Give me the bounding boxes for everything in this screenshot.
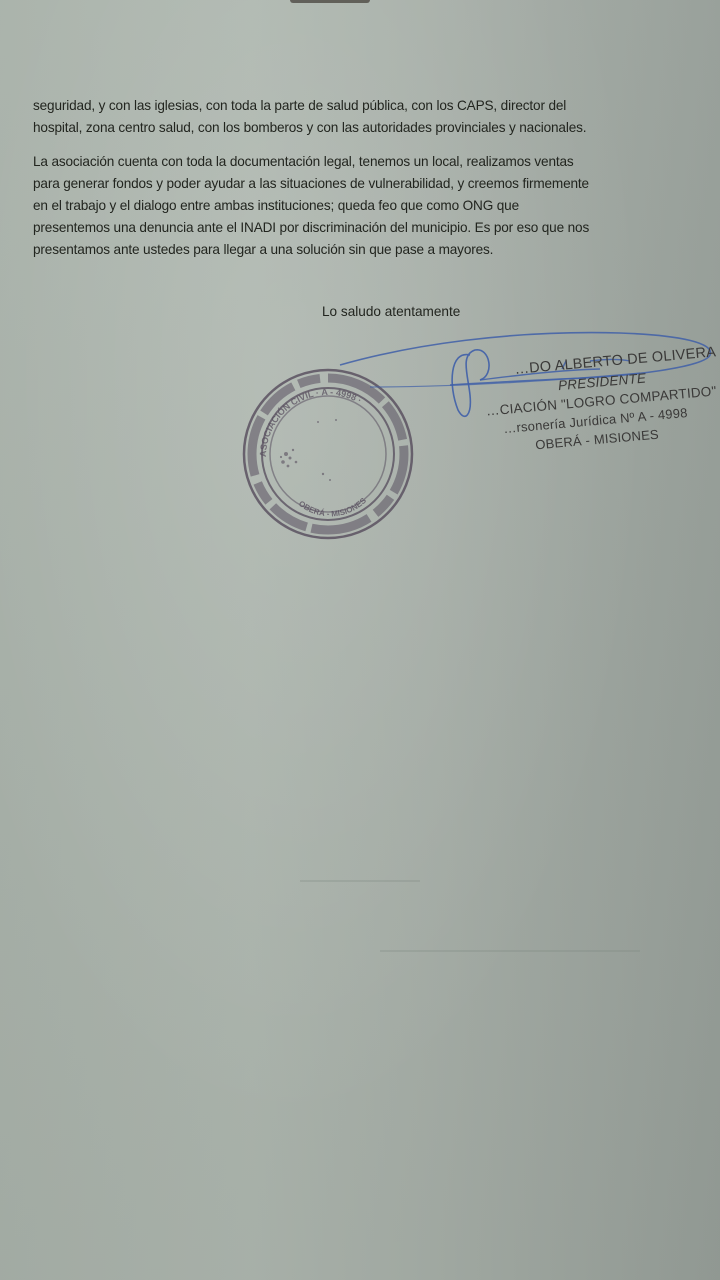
text-line: presentemos una denuncia ante el INADI p…: [33, 217, 693, 239]
signature-stamp: …DO ALBERTO DE OLIVERA PRESIDENTE …CIACI…: [490, 342, 720, 458]
paragraph-1: seguridad, y con las iglesias, con toda …: [33, 95, 693, 139]
text-line: presentamos ante ustedes para llegar a u…: [33, 239, 693, 261]
closing-salutation: Lo saludo atentamente: [322, 304, 460, 319]
text-line: para generar fondos y poder ayudar a las…: [33, 173, 693, 195]
text-line: en el trabajo y el dialogo entre ambas i…: [33, 195, 693, 217]
paragraph-2: La asociación cuenta con toda la documen…: [33, 151, 693, 261]
page-edge-mark: [290, 0, 370, 3]
show-through-mark: [300, 880, 420, 882]
svg-text:OBERÁ - MISIONES: OBERÁ - MISIONES: [297, 495, 369, 518]
show-through-mark: [380, 950, 640, 952]
text-line: La asociación cuenta con toda la documen…: [33, 151, 693, 173]
text-line: seguridad, y con las iglesias, con toda …: [33, 95, 693, 117]
text-line: hospital, zona centro salud, con los bom…: [33, 117, 693, 139]
document-page: seguridad, y con las iglesias, con toda …: [0, 0, 720, 1280]
